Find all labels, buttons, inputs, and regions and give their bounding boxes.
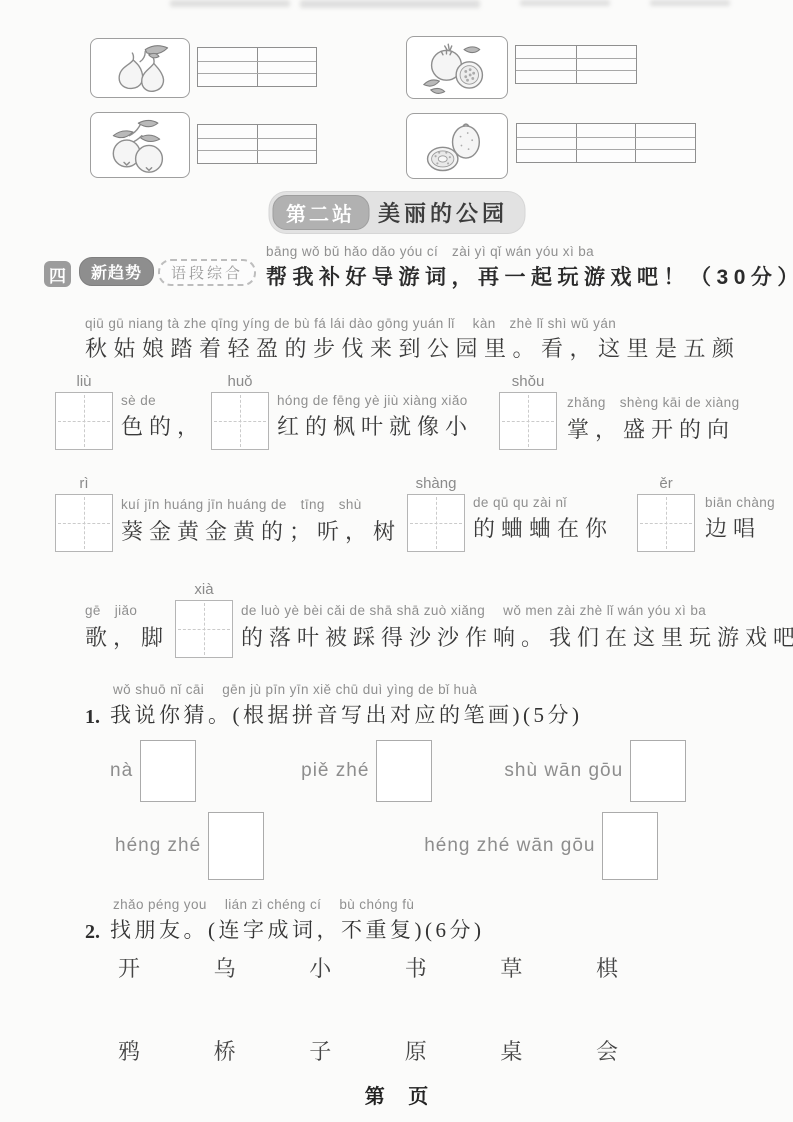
exercise-1-heading: wǒ shuō nǐ cāi gēn jù pīn yīn xiě chū du… bbox=[85, 678, 582, 729]
passage-segment: kuí jīn huáng jīn huáng de tīng shù 葵金黄金… bbox=[121, 493, 401, 546]
match-character[interactable]: 开 bbox=[118, 952, 140, 983]
stroke-pinyin-label: shù wān gōu bbox=[504, 760, 623, 782]
section-title: 帮我补好导游词，再一起玩游戏吧！（30分） bbox=[266, 261, 793, 291]
match-character[interactable]: 桌 bbox=[500, 1035, 522, 1066]
match-character[interactable]: 乌 bbox=[214, 952, 236, 983]
segment-text: 边唱 bbox=[705, 512, 775, 543]
passage-segment: de qū qu zài nǐ 的蛐蛐在你 bbox=[473, 495, 613, 543]
stroke-pinyin-label: héng zhé bbox=[115, 835, 201, 857]
character-writing-box[interactable]: shǒu bbox=[499, 372, 557, 450]
stroke-answer-box[interactable] bbox=[630, 740, 686, 802]
box-pinyin: huǒ bbox=[228, 372, 253, 392]
tianzige-box[interactable] bbox=[175, 600, 233, 658]
character-writing-box[interactable]: rì bbox=[55, 474, 113, 552]
segment-pinyin: kuí jīn huáng jīn huáng de tīng shù bbox=[121, 493, 401, 513]
passage-segment: sè de 色的， bbox=[121, 393, 205, 441]
pinyin-answer-grid[interactable] bbox=[516, 123, 696, 163]
box-pinyin: shàng bbox=[416, 474, 457, 494]
grid-cell[interactable] bbox=[198, 125, 258, 163]
segment-text: 色的， bbox=[121, 410, 205, 441]
scan-artifact bbox=[650, 0, 730, 6]
stroke-item: shù wān gōu bbox=[504, 740, 686, 802]
box-pinyin: liù bbox=[76, 372, 91, 392]
pinyin-answer-grid[interactable] bbox=[197, 124, 317, 164]
match-character[interactable]: 鸦 bbox=[118, 1035, 140, 1066]
segment-text: 的蛐蛐在你 bbox=[473, 512, 613, 543]
segment-pinyin: gē jiǎo bbox=[85, 599, 169, 619]
passage-segment: biān chàng 边唱 bbox=[705, 495, 775, 543]
passage-line-3: rì kuí jīn huáng jīn huáng de tīng shù 葵… bbox=[55, 472, 775, 554]
stroke-item: piě zhé bbox=[301, 740, 432, 802]
exercise-2-title: 找朋友。(连字成词，不重复)(6分) bbox=[110, 914, 484, 944]
segment-pinyin: hóng de fēng yè jiù xiàng xiǎo bbox=[277, 393, 473, 408]
passage-segment: gē jiǎo 歌，脚 bbox=[85, 599, 169, 652]
stroke-answer-box[interactable] bbox=[140, 740, 196, 802]
section-number-badge: 四 bbox=[44, 261, 71, 287]
match-character[interactable]: 会 bbox=[596, 1035, 618, 1066]
box-pinyin: ěr bbox=[659, 474, 672, 494]
segment-text: 的落叶被踩得沙沙作响。我们在这里玩游戏吧！ bbox=[241, 621, 793, 652]
worksheet-page: 第二站 美丽的公园 四 新趋势 语段综合 bāng wǒ bǔ hǎo dǎo … bbox=[0, 0, 793, 1122]
box-pinyin: rì bbox=[79, 474, 88, 494]
match-character[interactable]: 书 bbox=[405, 952, 427, 983]
match-character[interactable]: 子 bbox=[309, 1035, 331, 1066]
grid-cell[interactable] bbox=[577, 124, 637, 162]
exercise-1-pinyin: wǒ shuō nǐ cāi gēn jù pīn yīn xiě chū du… bbox=[113, 678, 582, 698]
match-character[interactable]: 小 bbox=[309, 952, 331, 983]
segment-text: 掌，盛开的向 bbox=[567, 413, 739, 444]
stroke-pinyin-label: héng zhé wān gōu bbox=[424, 835, 595, 857]
character-writing-box[interactable]: xià bbox=[175, 580, 233, 658]
box-pinyin: xià bbox=[194, 580, 213, 600]
segment-pinyin: zhǎng shèng kāi de xiàng bbox=[567, 391, 739, 411]
grid-cell[interactable] bbox=[258, 48, 317, 86]
character-writing-box[interactable]: ěr bbox=[637, 474, 695, 552]
scan-artifact bbox=[170, 0, 290, 7]
match-character[interactable]: 草 bbox=[500, 952, 522, 983]
kiwi-illustration bbox=[406, 113, 508, 179]
segment-pinyin: de luò yè bèi cǎi de shā shā zuò xiǎng w… bbox=[241, 599, 793, 619]
section-four-heading: 四 新趋势 语段综合 bāng wǒ bǔ hǎo dǎo yóu cí zài… bbox=[44, 240, 774, 291]
exercise-2-pinyin: zhǎo péng you lián zì chéng cí bù chóng … bbox=[113, 893, 484, 913]
exercise-2-char-row-2: 鸦 桥 子 原 桌 会 bbox=[118, 1035, 618, 1066]
passage-segment: de luò yè bèi cǎi de shā shā zuò xiǎng w… bbox=[241, 599, 793, 652]
match-character[interactable]: 原 bbox=[405, 1035, 427, 1066]
grid-cell[interactable] bbox=[198, 48, 258, 86]
match-character[interactable]: 棋 bbox=[596, 952, 618, 983]
pears-illustration bbox=[90, 38, 190, 98]
passage-line-4: gē jiǎo 歌，脚 xià de luò yè bèi cǎi de shā… bbox=[85, 578, 793, 660]
passage-line-2: liù sè de 色的， huǒ hóng de fēng yè jiù xi… bbox=[55, 370, 740, 452]
passage-line-1: qiū gū niang tà zhe qīng yíng de bù fá l… bbox=[85, 312, 741, 363]
grid-cell[interactable] bbox=[577, 46, 637, 83]
exercise-2-number: 2. bbox=[85, 921, 100, 944]
exercise-2-heading: zhǎo péng you lián zì chéng cí bù chóng … bbox=[85, 893, 484, 944]
pomegranate-illustration bbox=[406, 36, 508, 99]
passage-segment: zhǎng shèng kāi de xiàng 掌，盛开的向 bbox=[567, 391, 739, 444]
segment-pinyin: de qū qu zài nǐ bbox=[473, 495, 613, 510]
box-pinyin: shǒu bbox=[512, 372, 545, 392]
segment-text: 葵金黄金黄的；听，树 bbox=[121, 515, 401, 546]
stroke-item: héng zhé bbox=[115, 812, 264, 880]
scan-artifact bbox=[300, 0, 480, 8]
exercise-2-char-row-1: 开 乌 小 书 草 棋 bbox=[118, 952, 618, 983]
stroke-answer-box[interactable] bbox=[602, 812, 658, 880]
segment-pinyin: sè de bbox=[121, 393, 205, 408]
grid-cell[interactable] bbox=[636, 124, 695, 162]
page-footer: 第 页 bbox=[0, 1080, 793, 1109]
match-character[interactable]: 桥 bbox=[214, 1035, 236, 1066]
segment-pinyin: biān chàng bbox=[705, 495, 775, 510]
stroke-answer-box[interactable] bbox=[208, 812, 264, 880]
stroke-pinyin-label: piě zhé bbox=[301, 760, 369, 782]
tianzige-box[interactable] bbox=[55, 392, 113, 450]
exercise-1-row-2: héng zhé héng zhé wān gōu bbox=[115, 812, 658, 880]
section-title-pinyin: bāng wǒ bǔ hǎo dǎo yóu cí zài yì qǐ wán … bbox=[266, 240, 793, 260]
tianzige-box[interactable] bbox=[211, 392, 269, 450]
trend-tag: 新趋势 bbox=[79, 257, 154, 286]
stroke-item: héng zhé wān gōu bbox=[424, 812, 658, 880]
pinyin-answer-grid[interactable] bbox=[197, 47, 317, 87]
tianzige-box[interactable] bbox=[55, 494, 113, 552]
stroke-pinyin-label: nà bbox=[110, 760, 133, 782]
passage-text: 秋姑娘踏着轻盈的步伐来到公园里。看，这里是五颜 bbox=[85, 332, 741, 363]
character-writing-box[interactable]: liù bbox=[55, 372, 113, 450]
scan-artifact bbox=[520, 0, 610, 6]
passage-segment: hóng de fēng yè jiù xiàng xiǎo 红的枫叶就像小 bbox=[277, 393, 473, 441]
question-type-tag: 语段综合 bbox=[158, 259, 256, 286]
grid-cell[interactable] bbox=[517, 124, 577, 162]
peaches-illustration bbox=[90, 112, 190, 178]
exercise-1-row-1: nà piě zhé shù wān gōu bbox=[110, 740, 686, 802]
character-writing-box[interactable]: huǒ bbox=[211, 372, 269, 450]
exercise-1-title: 我说你猜。(根据拼音写出对应的笔画)(5分) bbox=[110, 699, 582, 729]
character-writing-box[interactable]: shàng bbox=[407, 474, 465, 552]
tianzige-box[interactable] bbox=[407, 494, 465, 552]
pinyin-answer-grid[interactable] bbox=[515, 45, 637, 84]
station-title: 美丽的公园 bbox=[378, 197, 508, 228]
station-badge: 第二站 bbox=[272, 195, 369, 230]
stroke-item: nà bbox=[110, 740, 196, 802]
exercise-1-number: 1. bbox=[85, 706, 100, 729]
segment-text: 红的枫叶就像小 bbox=[277, 410, 473, 441]
station-header: 第二站 美丽的公园 bbox=[269, 192, 524, 233]
passage-pinyin: qiū gū niang tà zhe qīng yíng de bù fá l… bbox=[85, 312, 741, 332]
tianzige-box[interactable] bbox=[637, 494, 695, 552]
tianzige-box[interactable] bbox=[499, 392, 557, 450]
segment-text: 歌，脚 bbox=[85, 621, 169, 652]
grid-cell[interactable] bbox=[258, 125, 317, 163]
grid-cell[interactable] bbox=[516, 46, 577, 83]
stroke-answer-box[interactable] bbox=[376, 740, 432, 802]
